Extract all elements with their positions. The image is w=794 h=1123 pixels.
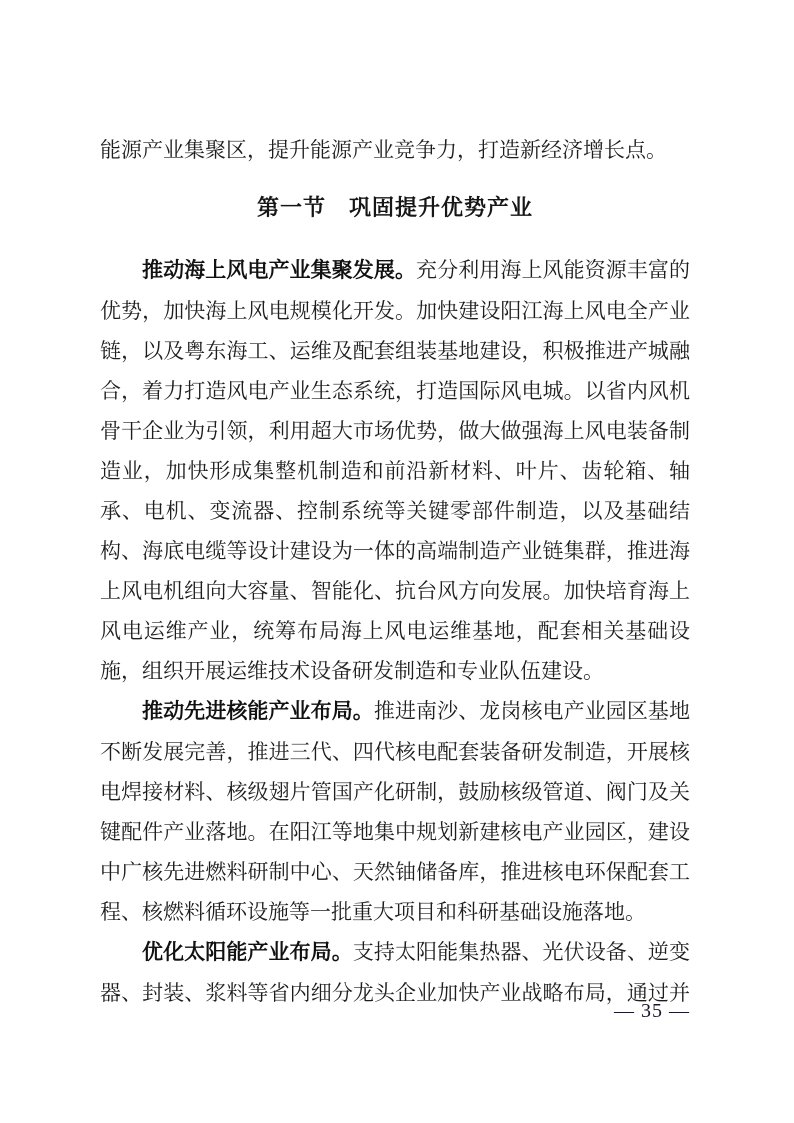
paragraph-body: 充分利用海上风能资源丰富的优势，加快海上风电规模化开发。加快建设阳江海上风电全产… (100, 258, 690, 683)
paragraph-lead: 优化太阳能产业布局。 (142, 941, 353, 964)
paragraph-lead: 推动先进核能产业布局。 (142, 700, 374, 723)
section-heading: 第一节 巩固提升优势产业 (100, 186, 690, 230)
page-number: — 35 — (614, 998, 690, 1024)
paragraph-solar: 优化太阳能产业布局。支持太阳能集热器、光伏设备、逆变器、封装、浆料等省内细分龙头… (100, 932, 690, 1013)
document-body: 能源产业集聚区，提升能源产业竞争力，打造新经济增长点。 第一节 巩固提升优势产业… (100, 130, 690, 1013)
paragraph-lead: 推动海上风电产业集聚发展。 (142, 259, 416, 282)
paragraph-body: 推进南沙、龙岗核电产业园区基地不断发展完善，推进三代、四代核电配套装备研发制造，… (100, 699, 690, 924)
continuation-paragraph-text: 能源产业集聚区，提升能源产业竞争力，打造新经济增长点。 (100, 130, 690, 170)
document-page: 能源产业集聚区，提升能源产业竞争力，打造新经济增长点。 第一节 巩固提升优势产业… (0, 0, 794, 1123)
paragraph-offshore-wind: 推动海上风电产业集聚发展。充分利用海上风能资源丰富的优势，加快海上风电规模化开发… (100, 250, 690, 691)
paragraph-nuclear: 推动先进核能产业布局。推进南沙、龙岗核电产业园区基地不断发展完善，推进三代、四代… (100, 691, 690, 932)
